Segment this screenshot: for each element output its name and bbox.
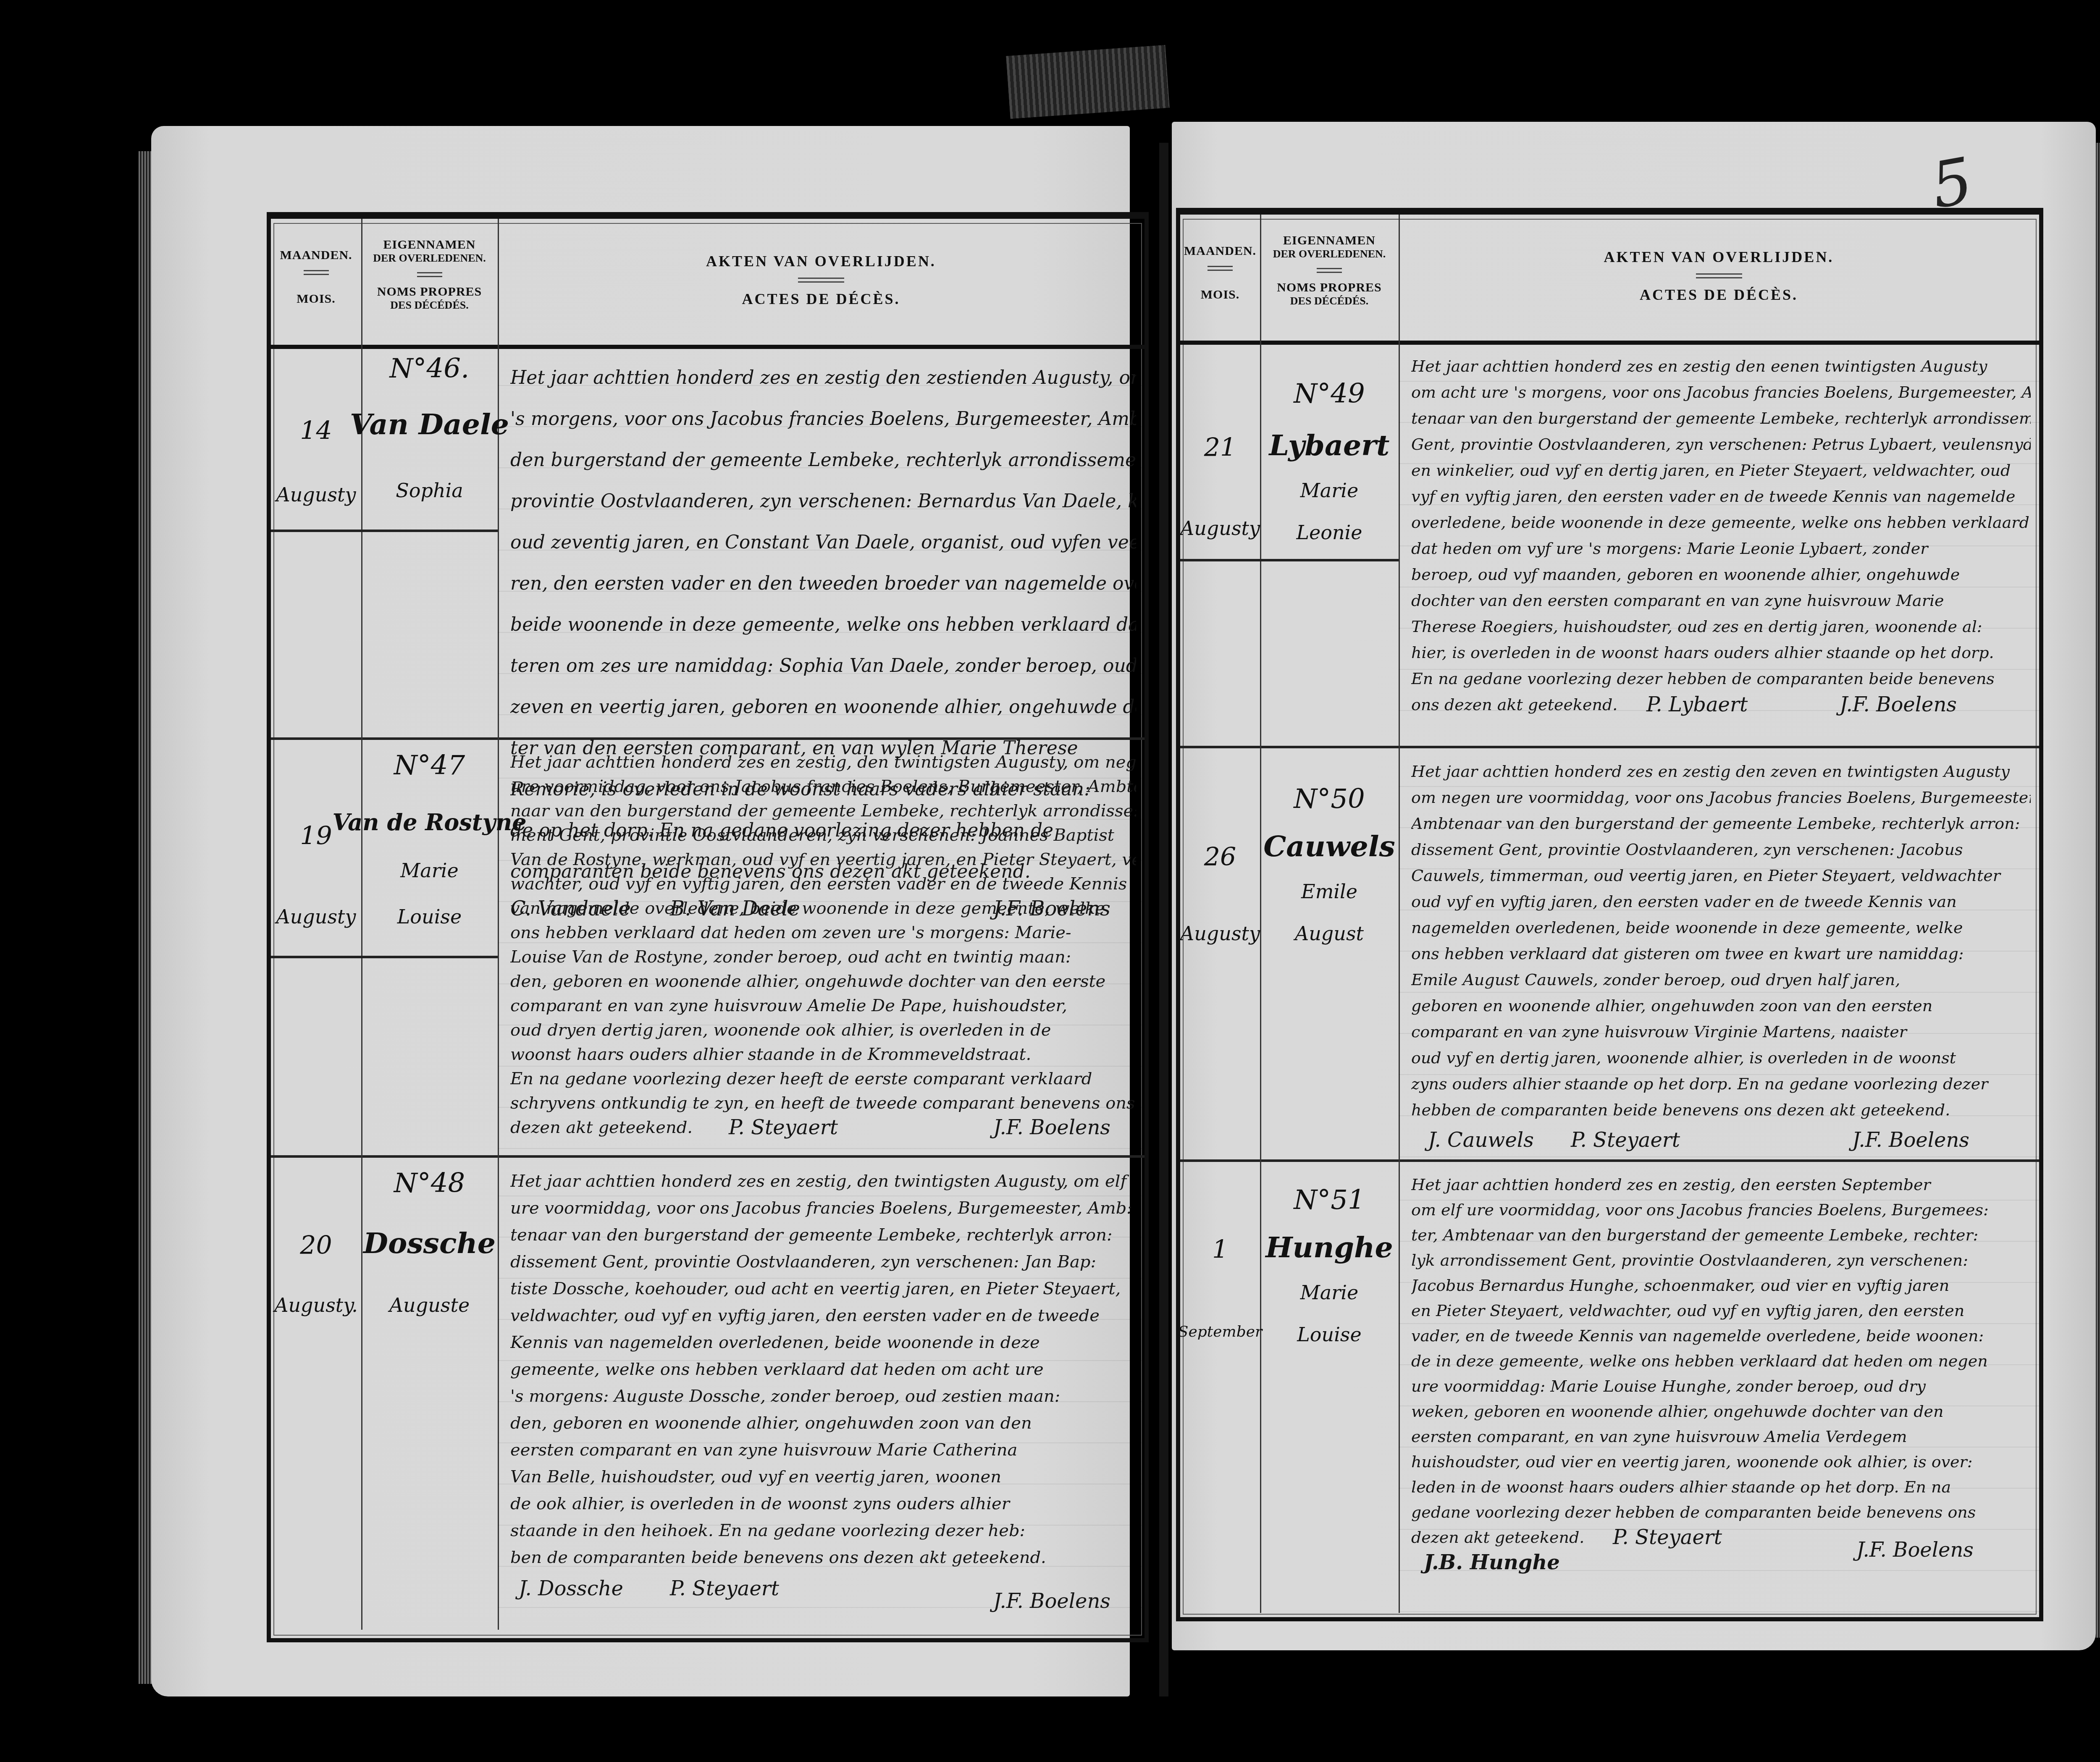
name-cell: N°51 Hunghe Marie Louise (1260, 1159, 1400, 1613)
signature: J.F. Boelens (1852, 1127, 1969, 1153)
name-cell: N°50 Cauwels Emile August (1260, 746, 1400, 1159)
signatures: J. Cauwels P. Steyaert J.F. Boelens (1411, 1123, 2031, 1165)
signature: P. Steyaert (670, 1575, 779, 1602)
act-line: beide woonende in deze gemeente, welke o… (510, 604, 1136, 645)
act-line: ure voormiddag: Marie Louise Hunghe, zon… (1411, 1374, 2031, 1399)
header-names-nl1: EIGENNAMEN (361, 238, 498, 252)
entry-surname: Hunghe (1265, 1231, 1393, 1264)
header-months-fr: MOIS. (1180, 288, 1260, 302)
act-line: provintie Oostvlaanderen, zyn verschenen… (510, 481, 1136, 522)
act-line: schryvens ontkundig te zyn, en heeft de … (510, 1091, 1136, 1115)
book-gutter (1159, 143, 1168, 1696)
header-months-nl: MAANDEN. (1180, 244, 1260, 258)
entry-number: N°51 (1294, 1185, 1365, 1216)
entry-day: 21 (1204, 433, 1236, 462)
signature: J.B. Hunghe (1424, 1550, 1560, 1575)
header-names: EIGENNAMEN DER OVERLEDENEN. NOMS PROPRES… (361, 219, 499, 345)
act-text: Het jaar achttien honderd zes en zestig … (1411, 758, 2031, 1165)
double-rule (304, 270, 329, 275)
act-line: gedane voorlezing dezer hebben de compar… (1411, 1500, 2031, 1525)
entry-given-name: Leonie (1296, 521, 1362, 544)
act-line: Gent, provintie Oostvlaanderen, zyn vers… (1411, 431, 2031, 457)
signature: P. Steyaert (729, 1115, 838, 1140)
cell-divider (271, 530, 361, 532)
entry-given-name: Marie (1300, 479, 1358, 502)
header-names-fr1: NOMS PROPRES (1260, 281, 1399, 295)
signature: J. Dossche (519, 1575, 623, 1602)
month-cell: 21 Augusty (1180, 341, 1261, 746)
header-names-nl2: DER OVERLEDENEN. (361, 252, 498, 265)
act-line: dissement Gent, provintie Oostvlaanderen… (510, 1248, 1136, 1275)
cell-divider (361, 956, 498, 958)
act-line: nagemelden overledenen, beide woonende i… (1411, 915, 2031, 941)
entry-month: September (1178, 1323, 1262, 1340)
signature: J.F. Boelens (1856, 1537, 1974, 1563)
table-header: MAANDEN. MOIS. EIGENNAMEN DER OVERLEDENE… (271, 219, 1144, 349)
act-line: ons hebben verklaard dat gisteren om twe… (1411, 941, 2031, 967)
act-line: lyk arrondissement Gent, provintie Oostv… (1411, 1248, 2031, 1273)
header-names: EIGENNAMEN DER OVERLEDENEN. NOMS PROPRES… (1260, 215, 1400, 341)
header-acts: AKTEN VAN OVERLIJDEN. ACTES DE DÉCÈS. (498, 219, 1144, 345)
entry-day: 20 (300, 1231, 332, 1260)
entry-number: N°49 (1294, 378, 1365, 409)
month-cell: 1 September (1180, 1159, 1261, 1613)
month-cell: 19 Augusty (271, 737, 362, 1155)
register-entry-49: 21 Augusty N°49 Lybaert Marie Leonie Het… (1180, 341, 2039, 748)
act-line: ter, Ambtenaar van den burgerstand der g… (1411, 1222, 2031, 1248)
signatures: J. Dossche P. Steyaert J.F. Boelens (510, 1571, 1136, 1613)
name-cell: N°49 Lybaert Marie Leonie (1260, 341, 1400, 746)
act-line: hebben de comparanten beide benevens ons… (1411, 1097, 2031, 1123)
entry-surname: Van Daele (350, 408, 509, 441)
cell-divider (1260, 559, 1399, 561)
act-line: oud zeventig jaren, en Constant Van Dael… (510, 522, 1136, 563)
entry-month: Augusty (276, 905, 356, 928)
table-header: MAANDEN. MOIS. EIGENNAMEN DER OVERLEDENE… (1180, 215, 2039, 345)
act-line: Het jaar achttien honderd zes en zestig … (1411, 353, 2031, 379)
signature: P. Steyaert (1613, 1525, 1722, 1550)
act-line: Het jaar achttien honderd zes en zestig,… (1411, 1172, 2031, 1197)
act-line: Therese Roegiers, huishoudster, oud zes … (1411, 614, 2031, 640)
act-line: 's morgens, voor ons Jacobus francies Bo… (510, 399, 1136, 440)
act-line: Van Belle, huishoudster, oud vyf en veer… (510, 1463, 1136, 1490)
act-line: en Pieter Steyaert, veldwachter, oud vyf… (1411, 1298, 2031, 1323)
act-cell: Het jaar achttien honderd zes en zestig … (498, 345, 1144, 737)
entry-day: 14 (300, 416, 332, 446)
right-register-table: MAANDEN. MOIS. EIGENNAMEN DER OVERLEDENE… (1176, 208, 2043, 1621)
entry-month: Augusty (1180, 922, 1260, 945)
act-line: van nagemelde overledene, beide woonende… (510, 896, 1136, 920)
act-line: ure voormiddag, voor ons Jacobus francie… (510, 774, 1136, 799)
act-line: Jacobus Bernardus Hunghe, schoenmaker, o… (1411, 1273, 2031, 1298)
act-line: ure voormiddag, voor ons Jacobus francie… (510, 1195, 1136, 1222)
act-line: tenaar van den burgerstand der gemeente … (1411, 405, 2031, 431)
act-line: oud dryen dertig jaren, woonende ook alh… (510, 1018, 1136, 1042)
act-line: dezen akt geteekend. (1411, 1525, 1584, 1550)
act-line: ment Gent, provintie Oostvlaanderen, zyn… (510, 823, 1136, 847)
act-line: naar van den burgerstand der gemeente Le… (510, 799, 1136, 823)
cell-divider (271, 956, 361, 958)
entry-given-name: Emile (1301, 880, 1357, 903)
entry-day: 1 (1212, 1235, 1228, 1264)
act-line: ren, den eersten vader en den tweeden br… (510, 563, 1136, 604)
act-line: woonst haars ouders alhier staande in de… (510, 1042, 1136, 1067)
act-cell: Het jaar achttien honderd zes en zestig … (1399, 746, 2039, 1159)
act-line: 's morgens: Auguste Dossche, zonder bero… (510, 1383, 1136, 1410)
entry-given-name: Marie (1300, 1281, 1358, 1304)
act-line: den burgerstand der gemeente Lembeke, re… (510, 440, 1136, 481)
act-line: ons hebben verklaard dat heden om zeven … (510, 920, 1136, 945)
signature: J. Cauwels (1428, 1127, 1534, 1153)
header-months: MAANDEN. MOIS. (1180, 215, 1261, 341)
act-line: ons dezen akt geteekend. (1411, 692, 1617, 718)
binding-tape (1006, 45, 1170, 119)
month-cell: 14 Augusty (271, 345, 362, 737)
signature: P. Lybaert (1646, 692, 1748, 718)
double-rule (1207, 266, 1233, 271)
entry-month: Augusty (276, 483, 356, 506)
act-line: om negen ure voormiddag, voor ons Jacobu… (1411, 784, 2031, 810)
act-line: dat heden om vyf ure 's morgens: Marie L… (1411, 535, 2031, 561)
act-line: oud vyf en vyftig jaren, den eersten vad… (1411, 889, 2031, 915)
act-line: Het jaar achttien honderd zes en zestig … (510, 357, 1136, 399)
signature: P. Steyaert (1571, 1127, 1680, 1153)
act-line: En na gedane voorlezing dezer hebben de … (1411, 666, 2031, 692)
signatures: dezen akt geteekend. P. Steyaert J.F. Bo… (510, 1115, 1136, 1140)
act-text: Het jaar achttien honderd zes en zestig … (1411, 353, 2031, 718)
double-rule (1696, 273, 1742, 278)
act-text: Het jaar achttien honderd zes en zestig,… (510, 1168, 1136, 1613)
double-rule (417, 272, 442, 277)
entry-given-name: Marie (400, 859, 458, 882)
act-line: Louise Van de Rostyne, zonder beroep, ou… (510, 945, 1136, 969)
name-cell: N°46. Van Daele Sophia (361, 345, 499, 737)
register-entry-51: 1 September N°51 Hunghe Marie Louise Het… (1180, 1159, 2039, 1613)
act-line: Ambtenaar van den burgerstand der gemeen… (1411, 810, 2031, 836)
entry-surname: Dossche (363, 1227, 496, 1260)
act-line: hier, is overleden in de woonst haars ou… (1411, 640, 2031, 666)
act-line: vyf en vyftig jaren, den eersten vader e… (1411, 483, 2031, 509)
double-rule (1317, 268, 1342, 273)
signature: J.F. Boelens (993, 1588, 1110, 1615)
register-entry-48: 20 Augusty. N°48 Dossche Auguste Het jaa… (271, 1155, 1144, 1630)
header-names-fr2: DES DÉCÉDÉS. (1260, 295, 1399, 307)
act-line: beroep, oud vyf maanden, geboren en woon… (1411, 561, 2031, 587)
act-cell: Het jaar achttien honderd zes en zestig,… (498, 737, 1144, 1155)
header-names-fr1: NOMS PROPRES (361, 285, 498, 299)
entry-given-name: Louise (397, 905, 462, 928)
entry-month: Augusty (1180, 517, 1260, 540)
left-register-table: MAANDEN. MOIS. EIGENNAMEN DER OVERLEDENE… (267, 212, 1149, 1642)
entry-number: N°50 (1294, 784, 1365, 815)
act-line: tenaar van den burgerstand der gemeente … (510, 1222, 1136, 1248)
entry-given-name: Louise (1297, 1323, 1361, 1346)
act-line: Het jaar achttien honderd zes en zestig,… (510, 750, 1136, 774)
act-line: dochter van den eersten comparant en van… (1411, 587, 2031, 614)
act-line: weken, geboren en woonende alhier, ongeh… (1411, 1399, 2031, 1424)
act-line: staande in den heihoek. En na gedane voo… (510, 1517, 1136, 1544)
header-acts: AKTEN VAN OVERLIJDEN. ACTES DE DÉCÈS. (1399, 215, 2039, 341)
act-line: Van de Rostyne, werkman, oud vyf en veer… (510, 847, 1136, 872)
entry-day: 26 (1204, 842, 1236, 872)
signature: J.F. Boelens (1840, 692, 1957, 718)
month-cell: 26 Augusty (1180, 746, 1261, 1159)
header-acts-fr: ACTES DE DÉCÈS. (498, 290, 1144, 308)
act-line: wachter, oud vyf en vyftig jaren, den ee… (510, 872, 1136, 896)
header-months: MAANDEN. MOIS. (271, 219, 362, 345)
act-line: dissement Gent, provintie Oostvlaanderen… (1411, 836, 2031, 863)
act-line: leden in de woonst haars ouders alhier s… (1411, 1474, 2031, 1500)
act-line: vader, en de tweede Kennis van nagemelde… (1411, 1323, 2031, 1348)
header-acts-nl: AKTEN VAN OVERLIJDEN. (1399, 248, 2039, 266)
act-line: de in deze gemeente, welke ons hebben ve… (1411, 1348, 2031, 1374)
signatures: dezen akt geteekend. P. Steyaert J.B. Hu… (1411, 1525, 2031, 1584)
act-line: huishoudster, oud vier en veertig jaren,… (1411, 1449, 2031, 1474)
header-acts-nl: AKTEN VAN OVERLIJDEN. (498, 252, 1144, 270)
act-line: eersten comparant, en van zyne huisvrouw… (1411, 1424, 2031, 1449)
act-line: om elf ure voormiddag, voor ons Jacobus … (1411, 1197, 2031, 1222)
signatures: ons dezen akt geteekend. P. Lybaert J.F.… (1411, 692, 2031, 718)
signature: J.F. Boelens (993, 1115, 1110, 1140)
act-line: Het jaar achttien honderd zes en zestig … (1411, 758, 2031, 784)
act-line: En na gedane voorlezing dezer heeft de e… (510, 1067, 1136, 1091)
act-line: zeven en veertig jaren, geboren en woone… (510, 687, 1136, 728)
act-line: comparant en van zyne huisvrouw Amelie D… (510, 994, 1136, 1018)
act-line: zyns ouders alhier staande op het dorp. … (1411, 1071, 2031, 1097)
act-line: veldwachter, oud vyf en vyftig jaren, de… (510, 1302, 1136, 1329)
header-names-nl2: DER OVERLEDENEN. (1260, 248, 1399, 260)
act-line: eersten comparant en van zyne huisvrouw … (510, 1437, 1136, 1463)
act-line: overledene, beide woonende in deze gemee… (1411, 509, 2031, 535)
act-line: Het jaar achttien honderd zes en zestig,… (510, 1168, 1136, 1195)
name-cell: N°47 Van de Rostyne Marie Louise (361, 737, 499, 1155)
act-line: comparant en van zyne huisvrouw Virginie… (1411, 1019, 2031, 1045)
name-cell: N°48 Dossche Auguste (361, 1155, 499, 1630)
cell-divider (1180, 559, 1260, 561)
act-line: den, geboren en woonende alhier, ongehuw… (510, 969, 1136, 994)
act-cell: Het jaar achttien honderd zes en zestig,… (1399, 1159, 2039, 1613)
act-line: dezen akt geteekend. (510, 1115, 693, 1140)
act-line: oud vyf en dertig jaren, woonende alhier… (1411, 1045, 2031, 1071)
act-line: teren om zes ure namiddag: Sophia Van Da… (510, 645, 1136, 687)
entry-given-name: Auguste (389, 1294, 470, 1316)
header-names-nl1: EIGENNAMEN (1260, 233, 1399, 248)
act-line: Cauwels, timmerman, oud veertig jaren, e… (1411, 863, 2031, 889)
cell-divider (361, 530, 498, 532)
act-line: den, geboren en woonende alhier, ongehuw… (510, 1410, 1136, 1437)
entry-surname: Cauwels (1263, 830, 1395, 863)
act-line: om acht ure 's morgens, voor ons Jacobus… (1411, 379, 2031, 405)
entry-month: Augusty. (274, 1294, 358, 1316)
act-line: geboren en woonende alhier, ongehuwden z… (1411, 993, 2031, 1019)
act-cell: Het jaar achttien honderd zes en zestig … (1399, 341, 2039, 746)
act-line: de ook alhier, is overleden in de woonst… (510, 1490, 1136, 1517)
act-line: Kennis van nagemelden overledenen, beide… (510, 1329, 1136, 1356)
header-months-fr: MOIS. (271, 292, 361, 306)
act-text: Het jaar achttien honderd zes en zestig,… (1411, 1172, 2031, 1584)
act-line: tiste Dossche, koehouder, oud acht en ve… (510, 1275, 1136, 1302)
act-cell: Het jaar achttien honderd zes en zestig,… (498, 1155, 1144, 1630)
double-rule (798, 278, 844, 283)
register-entry-50: 26 Augusty N°50 Cauwels Emile August Het… (1180, 746, 2039, 1162)
act-line: Emile August Cauwels, zonder beroep, oud… (1411, 967, 2031, 993)
act-line: ben de comparanten beide benevens ons de… (510, 1544, 1136, 1571)
act-text: Het jaar achttien honderd zes en zestig,… (510, 750, 1136, 1140)
act-line: en winkelier, oud vyf en dertig jaren, e… (1411, 457, 2031, 483)
register-entry-46: 14 Augusty N°46. Van Daele Sophia Het ja… (271, 345, 1144, 740)
entry-given-name: August (1295, 922, 1364, 945)
header-acts-fr: ACTES DE DÉCÈS. (1399, 286, 2039, 304)
entry-day: 19 (300, 821, 332, 851)
entry-surname: Lybaert (1269, 429, 1389, 462)
entry-number: N°48 (394, 1168, 465, 1199)
header-names-fr2: DES DÉCÉDÉS. (361, 299, 498, 312)
act-line: gemeente, welke ons hebben verklaard dat… (510, 1356, 1136, 1383)
register-entry-47: 19 Augusty N°47 Van de Rostyne Marie Lou… (271, 737, 1144, 1158)
entry-number: N°46. (390, 353, 470, 384)
entry-given-name: Sophia (396, 479, 463, 502)
entry-number: N°47 (394, 750, 465, 781)
header-months-nl: MAANDEN. (271, 248, 361, 262)
month-cell: 20 Augusty. (271, 1155, 362, 1630)
